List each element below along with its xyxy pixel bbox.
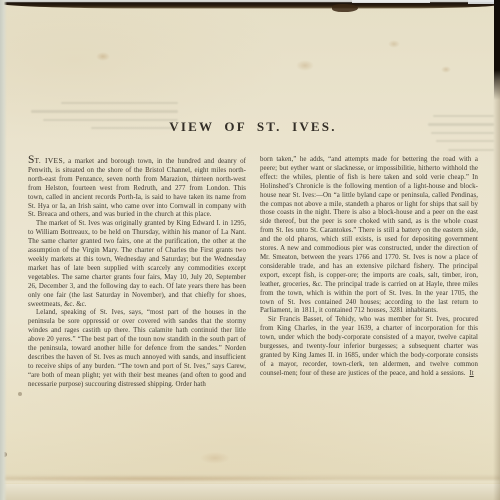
left-column: ST. IVES, a market and borough town, in … bbox=[28, 156, 246, 390]
right-column: born taken,” he adds, “and attempts made… bbox=[260, 156, 478, 390]
lead-small-caps: T. IVES bbox=[34, 156, 63, 165]
paragraph-market-charters: The market of St. Ives was originally gr… bbox=[28, 220, 246, 309]
paragraph-leland-quote: Leland, speaking of St. Ives, says, “mos… bbox=[28, 309, 246, 389]
page-title: VIEW OF ST. IVES. bbox=[28, 119, 478, 135]
background-sliver bbox=[352, 0, 430, 3]
paragraph-charter-incorporation: Sir Francis Basset, of Tehidy, who was m… bbox=[260, 316, 478, 378]
page-edge-chip bbox=[332, 4, 358, 12]
catchword: It bbox=[469, 370, 473, 377]
scanned-book-page: VIEW OF ST. IVES. ST. IVES, a market and… bbox=[0, 0, 500, 500]
page-content: VIEW OF ST. IVES. ST. IVES, a market and… bbox=[0, 0, 500, 500]
page-left-edge bbox=[0, 0, 7, 500]
paper-crease bbox=[0, 474, 500, 484]
page-right-edge-shadow bbox=[493, 80, 500, 500]
bottom-page-curve bbox=[0, 484, 500, 500]
text-columns: ST. IVES, a market and borough town, in … bbox=[28, 156, 478, 390]
paragraph-st-ives-intro: ST. IVES, a market and borough town, in … bbox=[28, 156, 246, 220]
paragraph-harbour-trade: born taken,” he adds, “and attempts made… bbox=[260, 156, 478, 316]
paragraph-text: , a market and borough town, in the hund… bbox=[28, 158, 246, 218]
paragraph-text: Sir Francis Basset, of Tehidy, who was m… bbox=[260, 316, 478, 376]
